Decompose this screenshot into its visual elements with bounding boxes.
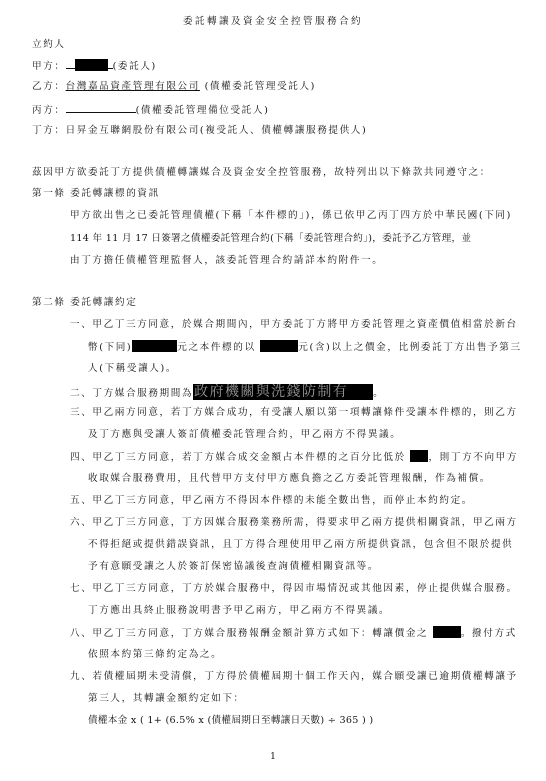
transfer-amount-formula: 債權本金 x ( 1+ (6.5% x (債權屆期日至轉讓日天數) ÷ 365 … — [88, 714, 373, 728]
party-a-line: 甲方：(委託人) — [32, 58, 157, 74]
item-text: 甲乙丁三方同意，若丁方媒合成交金額占本件標的之百分比低於 — [92, 452, 405, 463]
party-b-line: 乙方：台灣嘉品資產管理有限公司 (債權委託管理受託人) — [32, 80, 316, 94]
article2-item-4-cont: 收取媒合服務費用，且代替甲方支付甲方應負擔之乙方委託管理報酬，作為補償。 — [88, 472, 491, 486]
item-text: 甲乙丁三方同意，丁方媒合服務報酬金額計算方式如下：轉讓價金之 — [92, 628, 428, 639]
item-text: 幣(下同) — [88, 342, 132, 353]
amount-redacted — [132, 340, 177, 352]
party-d-name: 日昇金互聯網股份有限公司 — [66, 125, 200, 136]
article2-item-1-cont: 人(下稱受讓人)。 — [88, 362, 177, 376]
article2-item-7-cont: 丁方應出具終止服務說明書予甲乙兩方，甲乙兩方不得異議。 — [88, 604, 390, 618]
item-number: 二、 — [70, 388, 92, 399]
party-c-line: 丙方：(債權委託管理備位受託人) — [32, 102, 269, 118]
party-a-redacted — [75, 59, 108, 71]
item-text: 若債權屆期未受清償，丁方得於債權屆期十個工作天內，媒合願受讓已逾期債權轉讓予 — [92, 671, 517, 682]
article1-line: 甲方欲出售之已委託管理債權(下稱「本件標的」)，係已依甲乙丙丁四方於中華民國(下… — [70, 209, 512, 223]
item-number: 四、 — [70, 452, 92, 463]
preamble: 茲因甲方欲委託丁方提供債權轉讓媒合及資金安全控管服務，故特列出以下條款共同遵守之… — [32, 166, 491, 180]
party-c-label: 丙方： — [32, 105, 66, 116]
item-text: 甲乙兩方同意，若丁方媒合成功，有受讓人願以第一項轉讓條件受讓本件標的，則乙方 — [92, 407, 517, 418]
document-title: 委託轉讓及資金安全控管服務合約 — [0, 15, 546, 29]
percentage-redacted — [410, 450, 428, 462]
item-text: 。撥付方式 — [461, 628, 517, 639]
party-a-label: 甲方： — [32, 61, 66, 72]
article2-item-5: 五、甲乙丁三方同意，甲乙兩方不得因本件標的未能全數出售，而停止本約約定。 — [70, 494, 473, 508]
item-number: 九、 — [70, 671, 92, 682]
item-number: 六、 — [70, 517, 92, 528]
article2-item-3-cont: 及丁方應與受讓人簽訂債權委託管理合約，甲乙兩方不得異議。 — [88, 428, 401, 442]
item-number: 五、 — [70, 495, 92, 506]
fee-rate-redacted — [433, 626, 461, 638]
article2-item-6: 六、甲乙丁三方同意，丁方因媒合服務業務所需，得要求甲乙兩方提供相關資訊，甲乙兩方 — [70, 516, 518, 530]
service-period-redacted: 政府機關與洗錢防制有 — [193, 384, 373, 400]
article1-line: 由丁方擔任債權管理監督人，該委託管理合約請詳本約附件一。 — [70, 254, 383, 268]
party-c-blank — [66, 102, 136, 113]
item-text: 元之本件標的以 — [177, 342, 255, 353]
article2-item-1-cont: 幣(下同)元之本件標的以 元(含)以上之價金，比例委託丁方出售予第三 — [88, 340, 522, 355]
article2-item-8: 八、甲乙丁三方同意，丁方媒合服務報酬金額計算方式如下：轉讓價金之 。撥付方式 — [70, 626, 517, 641]
article2-item-4: 四、甲乙丁三方同意，若丁方媒合成交金額占本件標的之百分比低於 ，則丁方不向甲方 — [70, 450, 518, 465]
article2-item-8-cont: 依照本約第三條約定為之。 — [88, 648, 222, 662]
article2-heading: 第二條 委託轉讓約定 — [32, 296, 137, 310]
item-text: 丁方媒合服務期間為 — [92, 388, 193, 399]
article1-heading: 第一條 委託轉讓標的資訊 — [32, 187, 160, 201]
article2-item-6-cont: 不得拒絕或提供錯誤資訊，且丁方得合理使用甲乙兩方所提供資訊，包含但不限於提供 — [88, 538, 513, 552]
item-text: 甲乙丁三方同意，甲乙兩方不得因本件標的未能全數出售，而停止本約約定。 — [92, 495, 473, 506]
article2-item-1: 一、甲乙丁三方同意，於媒合期間內，甲方委託丁方將甲方委託管理之資產價值相當於新台 — [70, 318, 518, 332]
party-d-line: 丁方：日昇金互聯網股份有限公司(複受託人、債權轉讓服務提供人) — [32, 124, 367, 138]
item-text: ，則丁方不向甲方 — [428, 452, 518, 463]
article2-item-9: 九、若債權屆期未受清償，丁方得於債權屆期十個工作天內，媒合願受讓已逾期債權轉讓予 — [70, 670, 518, 684]
article1-line: 114 年 11 月 17 日簽署之債權委託管理合約(下稱「委託管理合約」)，委… — [70, 232, 471, 246]
article2-item-3: 三、甲乙兩方同意，若丁方媒合成功，有受讓人願以第一項轉讓條件受讓本件標的，則乙方 — [70, 406, 518, 420]
article2-item-7: 七、甲乙丁三方同意，丁方於媒合服務中，得因市場情況或其他因素，停止提供媒合服務。 — [70, 582, 518, 596]
party-c-role: (債權委託管理備位受託人) — [136, 105, 270, 116]
party-a-underline — [66, 58, 75, 69]
item-number: 七、 — [70, 583, 92, 594]
parties-heading: 立約人 — [32, 38, 66, 52]
item-number: 八、 — [70, 628, 92, 639]
item-text: 甲乙丁三方同意，丁方於媒合服務中，得因市場情況或其他因素，停止提供媒合服務。 — [92, 583, 517, 594]
item-number: 三、 — [70, 407, 92, 418]
item-number: 一、 — [70, 319, 92, 330]
item-text: 甲乙丁三方同意，於媒合期間內，甲方委託丁方將甲方委託管理之資產價值相當於新台 — [92, 319, 517, 330]
item-text: 甲乙丁三方同意，丁方因媒合服務業務所需，得要求甲乙兩方提供相關資訊，甲乙兩方 — [92, 517, 517, 528]
article2-item-9-cont: 第三人，其轉讓金額約定如下： — [88, 692, 245, 706]
party-a-role: (委託人) — [113, 61, 157, 72]
party-b-role: (債權委託管理受託人) — [200, 81, 316, 92]
page-number: 1 — [0, 752, 546, 762]
party-b-name: 台灣嘉品資產管理有限公司 — [66, 81, 200, 92]
price-redacted — [260, 340, 298, 352]
article2-item-2: 二、丁方媒合服務期間為政府機關與洗錢防制有。 — [70, 384, 384, 401]
item-text: 。 — [373, 388, 384, 399]
party-d-role: (複受託人、債權轉讓服務提供人) — [200, 125, 367, 136]
article2-item-6-cont: 予有意願受讓之人於簽訂保密協議後查詢債權相關資訊等。 — [88, 560, 379, 574]
party-b-label: 乙方： — [32, 81, 66, 92]
party-d-label: 丁方： — [32, 125, 66, 136]
item-text: 元(含)以上之價金，比例委託丁方出售予第三 — [298, 342, 521, 353]
